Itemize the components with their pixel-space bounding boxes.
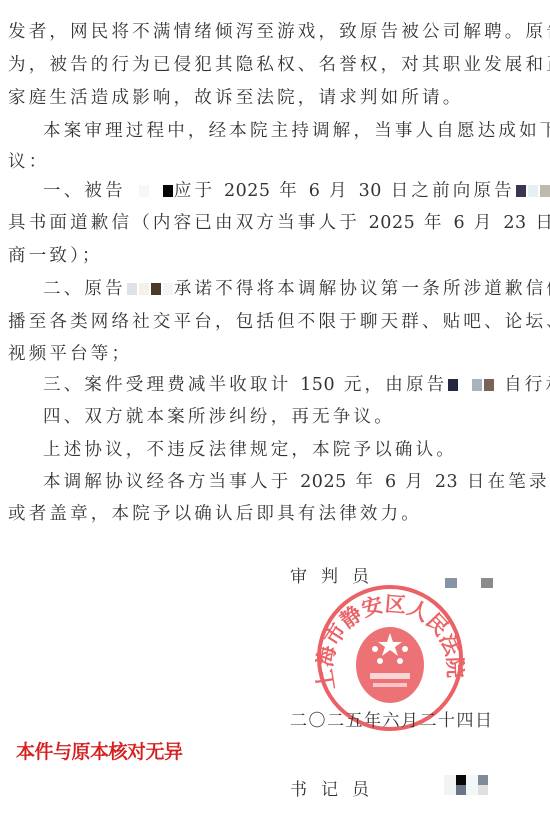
clause-2-line-1: 二、原告承诺不得将本调解协议第一条所涉道歉信传 bbox=[43, 278, 550, 300]
confirmation-line: 上述协议，不违反法律规定，本院予以确认。 bbox=[43, 439, 457, 461]
clause-4: 四、双方就本案所涉纠纷，再无争议。 bbox=[43, 406, 395, 428]
clerk-label: 书记员 bbox=[290, 775, 383, 800]
paragraph-line: 为，被告的行为已侵犯其隐私权、名誉权，对其职业发展和正常 bbox=[8, 54, 550, 76]
redacted-plaintiff-name bbox=[447, 375, 495, 395]
clause-2-line-3: 视频平台等； bbox=[8, 343, 132, 365]
clause-1-line-1: 一、被告应于 2025 年 6 月 30 日之前向原告 出 bbox=[43, 180, 550, 202]
copy-verification-stamp: 本件与原本核对无异 bbox=[16, 737, 183, 764]
redacted-clerk-name bbox=[444, 775, 489, 795]
paragraph-line: 议： bbox=[8, 151, 49, 173]
clause-1-line-2: 具书面道歉信（内容已由双方当事人于 2025 年 6 月 23 日当庭协 bbox=[8, 212, 550, 234]
signing-date: 二〇二五年六月二十四日 bbox=[290, 706, 494, 731]
paragraph-line: 本案审理过程中，经本院主持调解，当事人自愿达成如下协 bbox=[43, 120, 550, 142]
redacted-defendant-name bbox=[126, 181, 174, 201]
clause-3: 三、案件受理费减半收取计 150 元，由原告 自行承担； bbox=[43, 374, 550, 396]
clause-1-line-3: 商一致）； bbox=[8, 245, 103, 267]
redacted-plaintiff-name bbox=[126, 279, 174, 299]
court-mediation-document: 发者，网民将不满情绪倾泻至游戏，致原告被公司解聘。原告认 为，被告的行为已侵犯其… bbox=[0, 0, 550, 823]
paragraph-line: 发者，网民将不满情绪倾泻至游戏，致原告被公司解聘。原告认 bbox=[8, 21, 550, 43]
redacted-plaintiff-name bbox=[515, 181, 550, 201]
clause-2-line-2: 播至各类网络社交平台，包括但不限于聊天群、贴吧、论坛、短 bbox=[8, 311, 550, 333]
effect-line-1: 本调解协议经各方当事人于 2025 年 6 月 23 日在笔录上签名 bbox=[43, 471, 550, 493]
effect-line-2: 或者盖章，本院予以确认后即具有法律效力。 bbox=[8, 503, 422, 525]
paragraph-line: 家庭生活造成影响，故诉至法院，请求判如所请。 bbox=[8, 87, 463, 109]
